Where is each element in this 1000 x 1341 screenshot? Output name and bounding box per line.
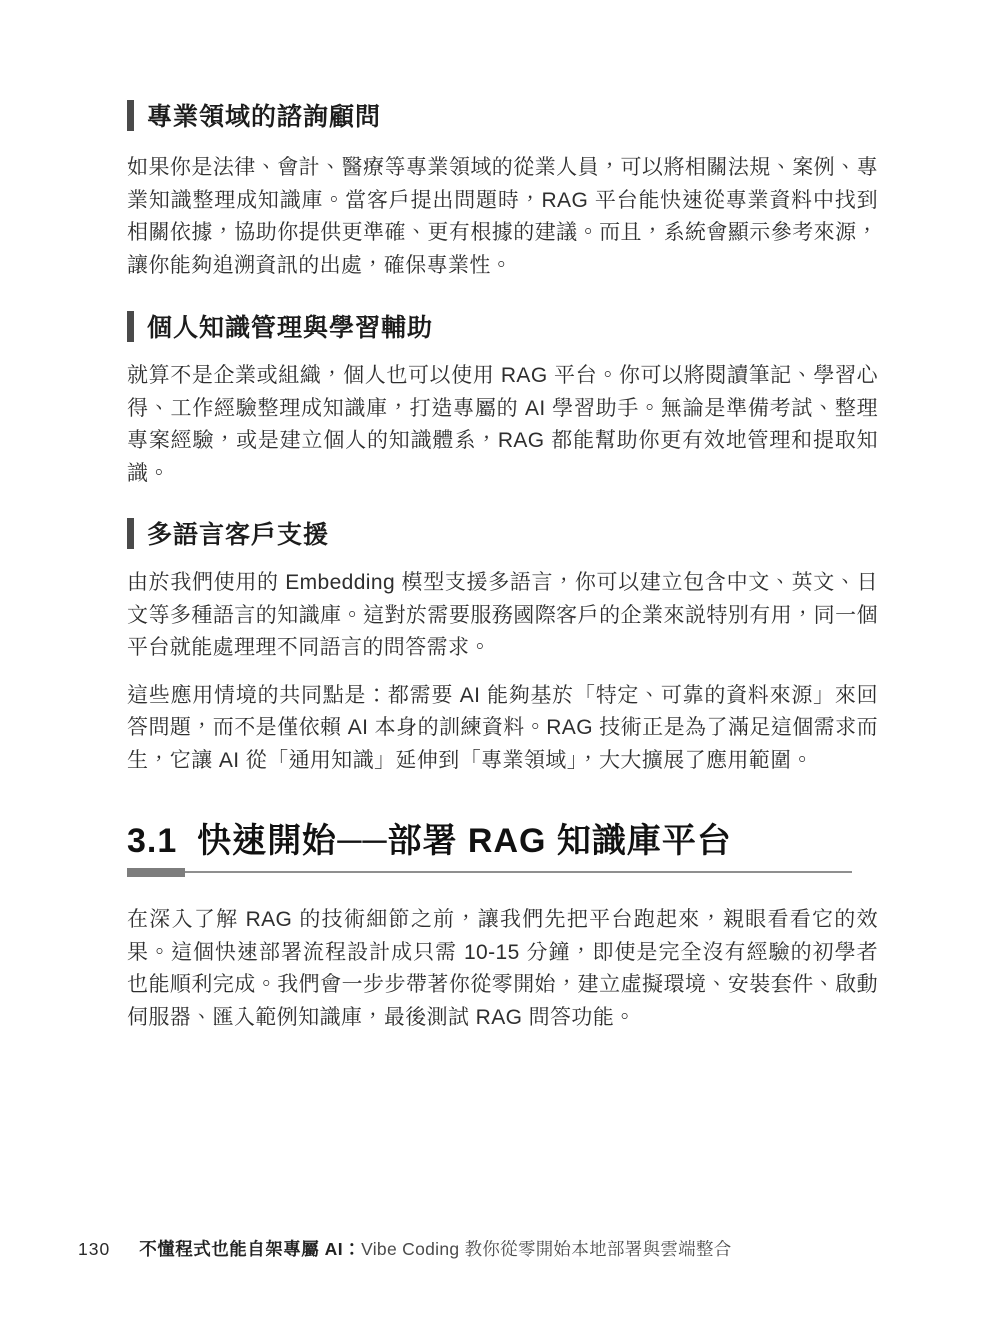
subheading-personal-knowledge: 個人知識管理與學習輔助 — [127, 308, 878, 344]
page-number: 130 — [78, 1239, 110, 1260]
subheading-label: 個人知識管理與學習輔助 — [147, 308, 433, 344]
footer-book-title-rest: Vibe Coding 教你從零開始本地部署與雲端整合 — [361, 1236, 732, 1261]
section-heading-rule — [127, 868, 852, 877]
section-title: 快速開始──部署 RAG 知識庫平台 — [197, 821, 732, 861]
book-page: 專業領域的諮詢顧問 如果你是法律、會計、醫療等專業領域的從業人員，可以將相關法規… — [0, 0, 1000, 1341]
subheading-professional-consulting: 專業領域的諮詢顧問 — [127, 97, 878, 133]
subheading-label: 專業領域的諮詢顧問 — [147, 97, 381, 133]
page-footer: 130 不懂程式也能自架專屬 AI： Vibe Coding 教你從零開始本地部… — [78, 1236, 938, 1261]
page-content: 專業領域的諮詢顧問 如果你是法律、會計、醫療等專業領域的從業人員，可以將相關法規… — [127, 0, 878, 1034]
paragraph-multilingual-support: 由於我們使用的 Embedding 模型支援多語言，你可以建立包含中文、英文、日… — [127, 567, 878, 665]
heading-bar-icon — [127, 518, 134, 549]
paragraph-professional-consulting: 如果你是法律、會計、醫療等專業領域的從業人員，可以將相關法規、案例、專業知識整理… — [127, 152, 878, 282]
paragraph-closing: 這些應用情境的共同點是：都需要 AI 能夠基於「特定、可靠的資料來源」來回答問題… — [127, 680, 878, 778]
subheading-multilingual-support: 多語言客戶支援 — [127, 515, 878, 551]
subheading-label: 多語言客戶支援 — [147, 515, 329, 551]
footer-book-title-bold: 不懂程式也能自架專屬 AI： — [139, 1236, 361, 1261]
rule-thin-line — [127, 871, 852, 873]
section-heading-3-1: 3.1 快速開始──部署 RAG 知識庫平台 — [127, 821, 878, 861]
paragraph-personal-knowledge: 就算不是企業或組織，個人也可以使用 RAG 平台。你可以將閱讀筆記、學習心得、工… — [127, 360, 878, 490]
paragraph-quickstart-intro: 在深入了解 RAG 的技術細節之前，讓我們先把平台跑起來，親眼看看它的效果。這個… — [127, 904, 878, 1034]
section-number: 3.1 — [127, 821, 177, 861]
heading-bar-icon — [127, 100, 134, 131]
heading-bar-icon — [127, 311, 134, 342]
rule-thick-segment — [127, 868, 185, 877]
